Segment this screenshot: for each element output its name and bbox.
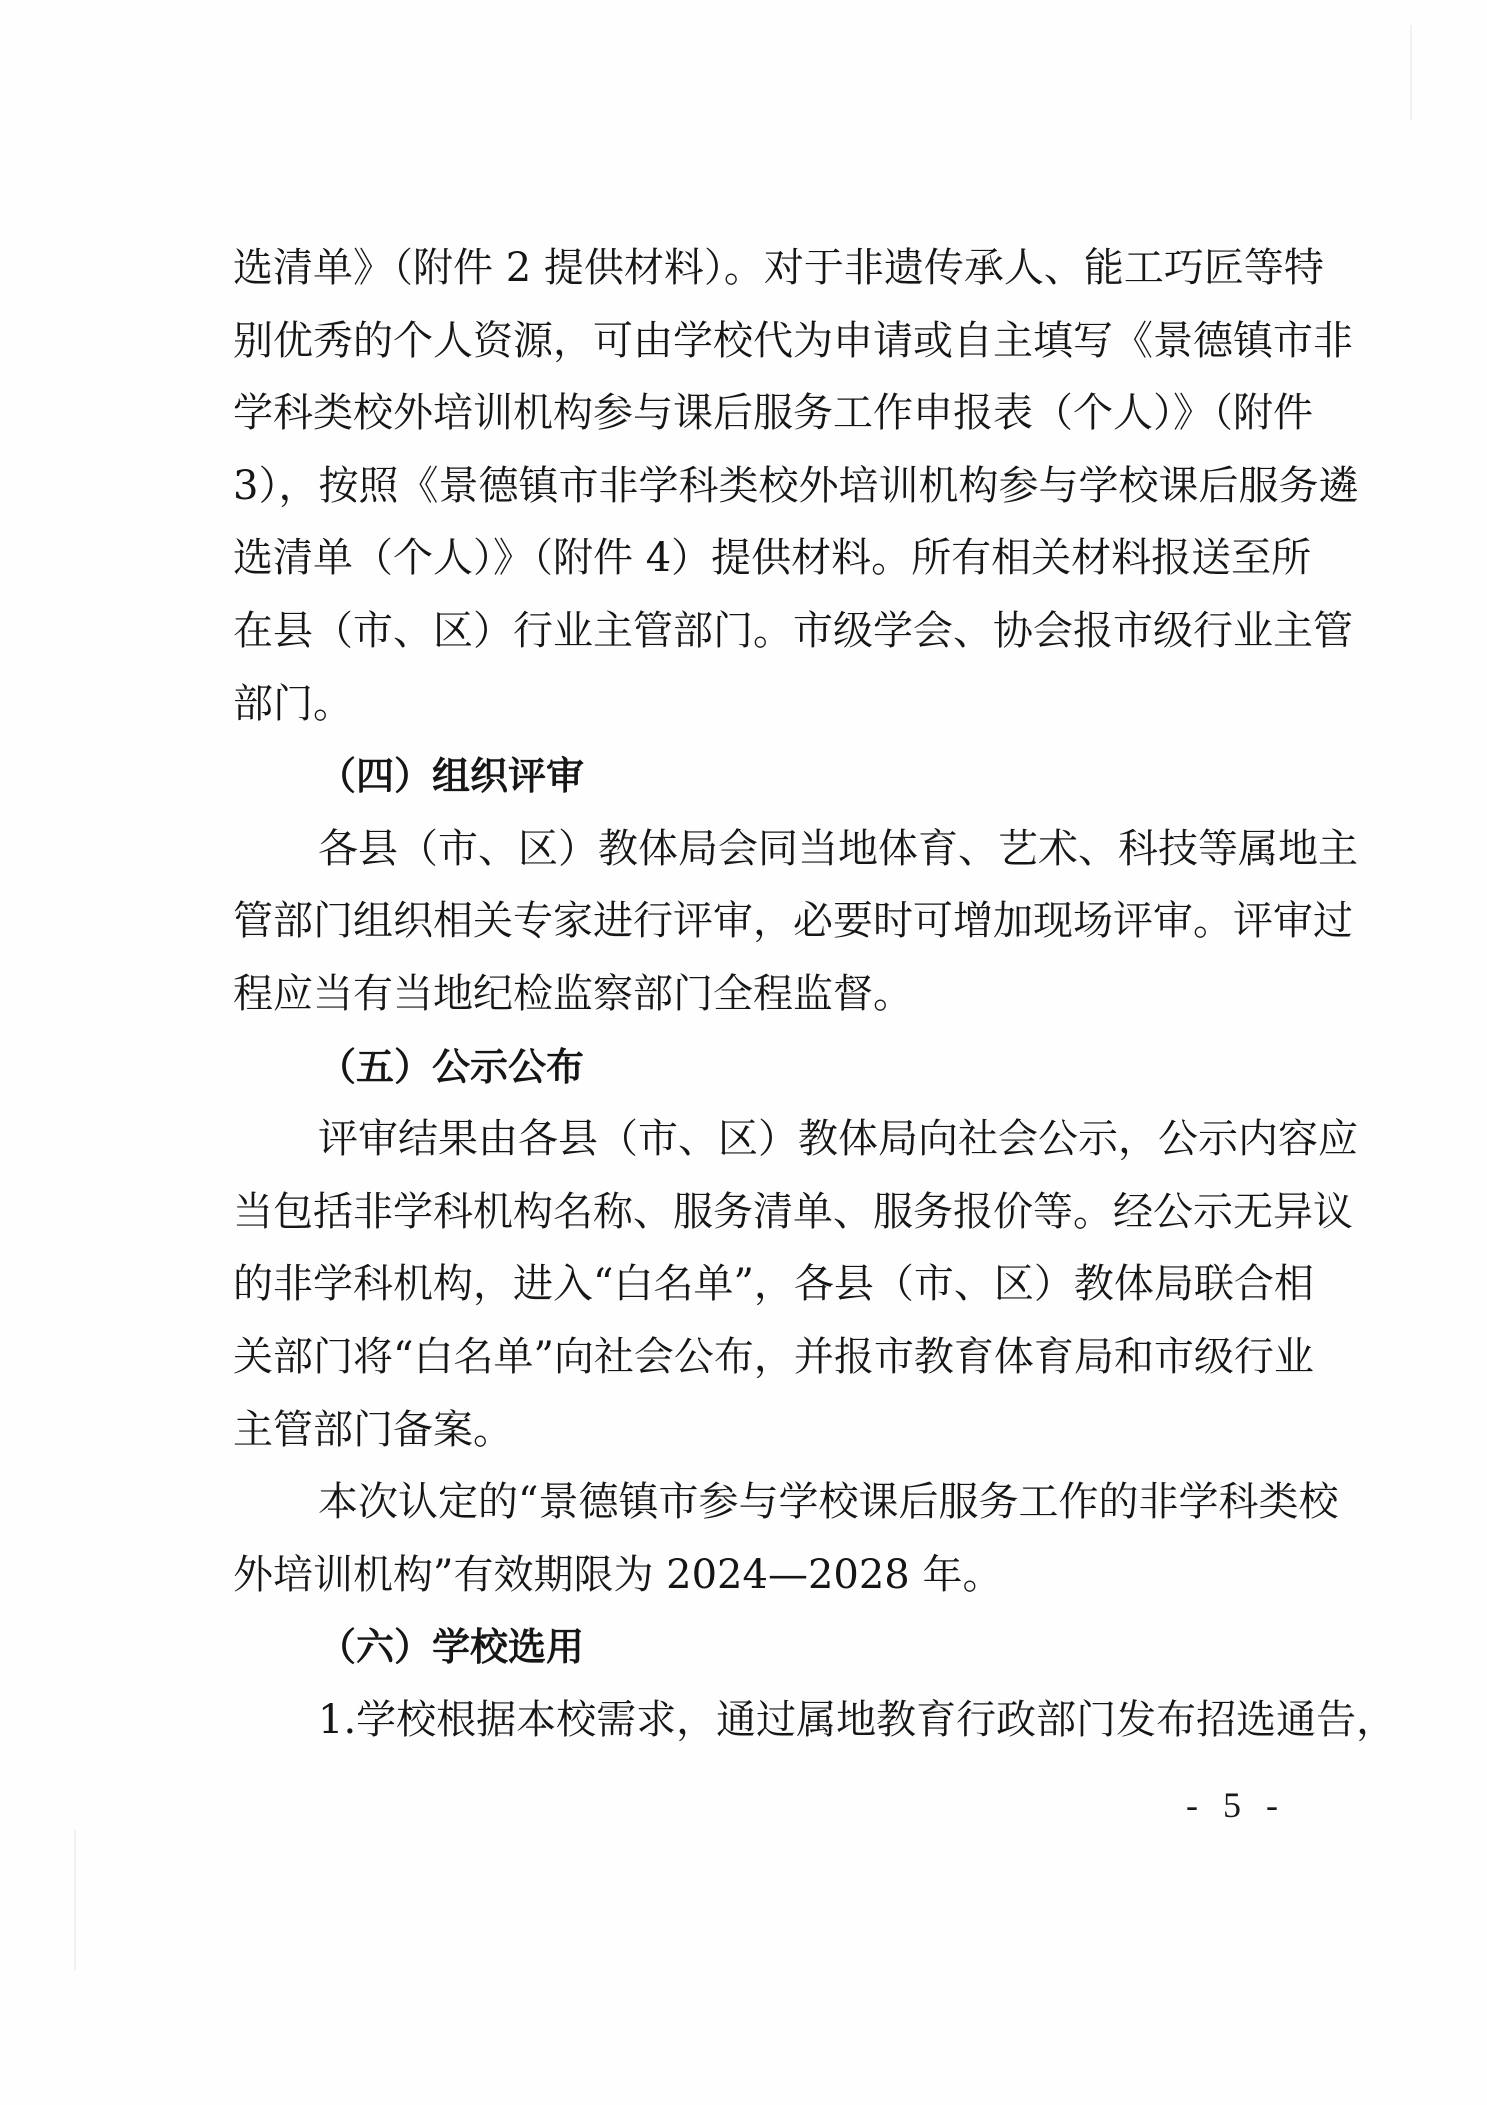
paragraph-line: 的非学科机构，进入“白名单”，各县（市、区）教体局联合相 [233, 1248, 1257, 1321]
page-number: - 5 - [1186, 1784, 1286, 1826]
paragraph-line: 在县（市、区）行业主管部门。市级学会、协会报市级行业主管 [233, 595, 1257, 668]
paragraph-line: 选清单》（附件 2 提供材料）。对于非遗传承人、能工巧匠等特 [233, 232, 1257, 305]
paragraph-line: 评审结果由各县（市、区）教体局向社会公示，公示内容应 [233, 1103, 1257, 1176]
paragraph-line: 3），按照《景德镇市非学科类校外培训机构参与学校课后服务遴 [233, 450, 1257, 523]
paragraph-line: 本次认定的“景德镇市参与学校课后服务工作的非学科类校 [233, 1466, 1257, 1539]
scan-artifact [74, 1830, 76, 1970]
paragraph-line: 1.学校根据本校需求，通过属地教育行政部门发布招选通告， [233, 1684, 1257, 1757]
paragraph-line: 程应当有当地纪检监察部门全程监督。 [233, 958, 1257, 1031]
document-body: 选清单》（附件 2 提供材料）。对于非遗传承人、能工巧匠等特 别优秀的个人资源，… [233, 232, 1257, 1756]
paragraph-line: 管部门组织相关专家进行评审，必要时可增加现场评审。评审过 [233, 885, 1257, 958]
paragraph-line: 当包括非学科机构名称、服务清单、服务报价等。经公示无异议 [233, 1176, 1257, 1249]
paragraph-line: 外培训机构”有效期限为 2024—2028 年。 [233, 1539, 1257, 1612]
document-page: 选清单》（附件 2 提供材料）。对于非遗传承人、能工巧匠等特 别优秀的个人资源，… [0, 0, 1487, 2105]
scan-artifact [1410, 25, 1412, 120]
section-heading-publicity: （五）公示公布 [233, 1031, 1257, 1104]
paragraph-line: 选清单（个人）》（附件 4）提供材料。所有相关材料报送至所 [233, 522, 1257, 595]
paragraph-line: 各县（市、区）教体局会同当地体育、艺术、科技等属地主 [233, 813, 1257, 886]
paragraph-line: 学科类校外培训机构参与课后服务工作申报表（个人）》（附件 [233, 377, 1257, 450]
paragraph-line: 主管部门备案。 [233, 1394, 1257, 1467]
paragraph-line: 别优秀的个人资源，可由学校代为申请或自主填写《景德镇市非 [233, 305, 1257, 378]
paragraph-line: 关部门将“白名单”向社会公布，并报市教育体育局和市级行业 [233, 1321, 1257, 1394]
section-heading-review: （四）组织评审 [233, 740, 1257, 813]
section-heading-school-selection: （六）学校选用 [233, 1611, 1257, 1684]
paragraph-line: 部门。 [233, 668, 1257, 741]
